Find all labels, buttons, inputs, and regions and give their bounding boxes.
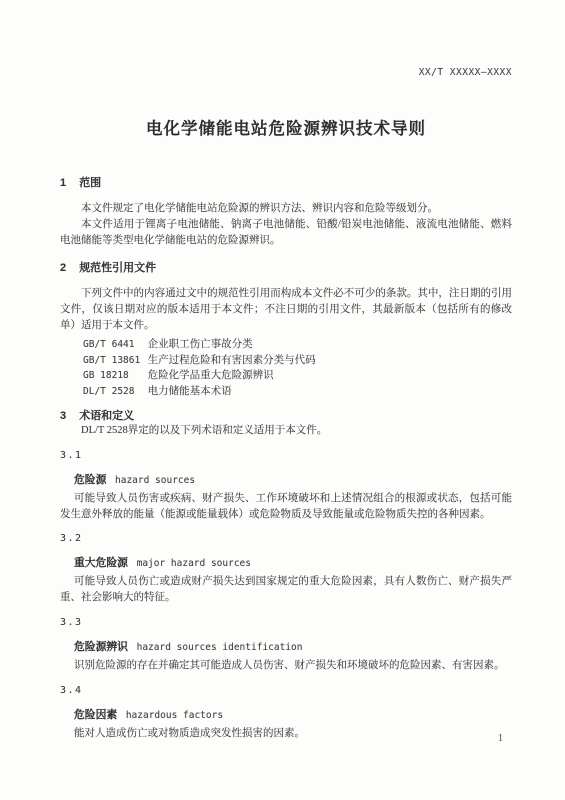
references-intro: 下列文件中的内容通过文中的规范性引用而构成本文件必不可少的条款。其中，注日期的引… (60, 286, 512, 333)
reference-list: GB/T 6441 企业职工伤亡事故分类 GB/T 13861 生产过程危险和有… (60, 337, 512, 400)
reference-title: 危险化学品重大危险源辨识 (148, 370, 274, 381)
section-scope-heading: 1 范围 (60, 176, 512, 190)
page-number: 1 (498, 733, 503, 744)
section-terms-heading: 3 术语和定义 (60, 409, 512, 423)
document-title: 电化学储能电站危险源辨识技术导则 (60, 119, 512, 139)
term-chinese: 重大危险源 (74, 557, 128, 569)
reference-code: GB/T 6441 (83, 337, 145, 353)
scope-paragraph-1: 本文件规定了电化学储能电站危险源的辨识方法、辨识内容和危险等级划分。 (60, 201, 512, 217)
reference-item: DL/T 2528 电力储能基本术语 (60, 384, 512, 400)
term-entry-number: 3.3 (60, 616, 512, 629)
term-entry-number: 3.1 (60, 449, 512, 462)
term-chinese: 危险因素 (74, 709, 117, 721)
term-definition: 可能导致人员伤害或疾病、财产损失、工作环境破坏和上述情况组合的根源或状态，包括可… (60, 491, 512, 523)
section-references-number: 2 (60, 262, 67, 274)
term-definition: 可能导致人员伤亡或造成财产损失达到国家规定的重大危险因素，具有人数伤亡、财产损失… (60, 574, 512, 606)
document-content: 电化学储能电站危险源辨识技术导则 1 范围 本文件规定了电化学储能电站危险源的辨… (0, 0, 565, 742)
term-english: hazardous factors (126, 710, 223, 721)
term-entry-heading: 危险因素 hazardous factors (60, 708, 512, 723)
term-entry-heading: 重大危险源 major hazard sources (60, 556, 512, 571)
term-entry-heading: 危险源辨识 hazard sources identification (60, 640, 512, 655)
term-entry-number: 3.4 (60, 684, 512, 697)
section-terms-label: 术语和定义 (79, 410, 134, 422)
reference-title: 生产过程危险和有害因素分类与代码 (148, 355, 316, 366)
document-page: XX/T XXXXX—XXXX 电化学储能电站危险源辨识技术导则 1 范围 本文… (0, 0, 565, 800)
section-terms-number: 3 (60, 410, 67, 422)
term-entry-number: 3.2 (60, 532, 512, 545)
reference-code: DL/T 2528 (83, 384, 145, 400)
section-references-label: 规范性引用文件 (79, 262, 156, 274)
reference-title: 电力储能基本术语 (148, 386, 232, 397)
scope-paragraph-2: 本文件适用于锂离子电池储能、钠离子电池储能、铅酸/铅炭电池储能、液流电池储能、燃… (60, 217, 512, 249)
term-definition: 能对人造成伤亡或对物质造成突发性损害的因素。 (60, 726, 512, 742)
reference-item: GB/T 6441 企业职工伤亡事故分类 (60, 337, 512, 353)
reference-item: GB 18218 危险化学品重大危险源辨识 (60, 368, 512, 384)
reference-item: GB/T 13861 生产过程危险和有害因素分类与代码 (60, 353, 512, 369)
term-english: major hazard sources (137, 558, 251, 569)
term-chinese: 危险源 (74, 474, 106, 486)
section-scope-number: 1 (60, 177, 67, 189)
terms-intro: DL/T 2528界定的以及下列术语和定义适用于本文件。 (60, 423, 512, 439)
standard-code: XX/T XXXXX—XXXX (419, 67, 512, 78)
reference-code: GB/T 13861 (83, 353, 145, 369)
reference-title: 企业职工伤亡事故分类 (148, 339, 253, 350)
section-references-heading: 2 规范性引用文件 (60, 261, 512, 275)
section-scope-label: 范围 (79, 177, 101, 189)
term-definition: 识别危险源的存在并确定其可能造成人员伤害、财产损失和环境破坏的危险因素、有害因素… (60, 658, 512, 674)
term-english: hazard sources (115, 475, 195, 486)
term-entry-heading: 危险源 hazard sources (60, 473, 512, 488)
term-chinese: 危险源辨识 (74, 641, 128, 653)
term-english: hazard sources identification (137, 642, 303, 653)
reference-code: GB 18218 (83, 368, 145, 384)
